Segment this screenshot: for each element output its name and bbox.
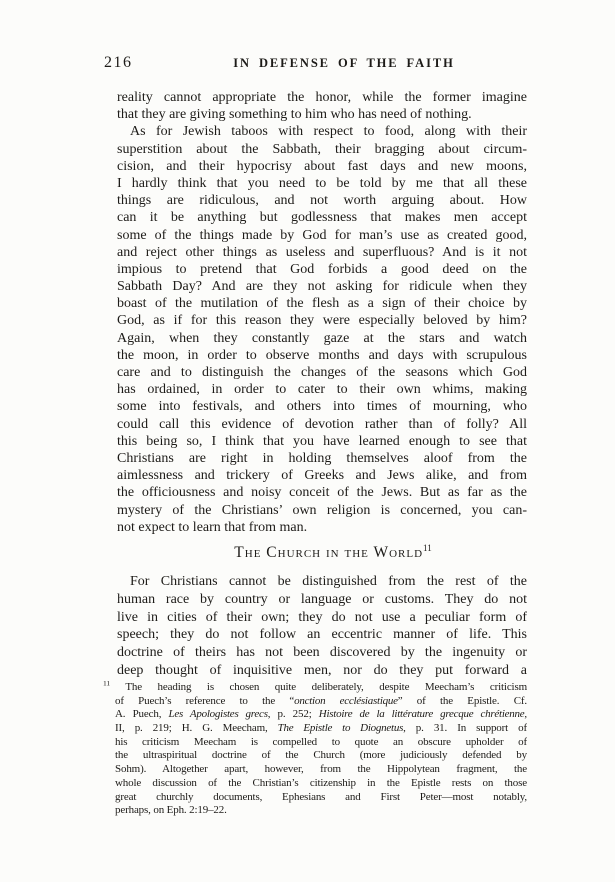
line-text: , p. 252;: [268, 708, 319, 720]
line-text: ” of the Epistle. Cf.: [398, 695, 527, 707]
text-line: I hardly think that you need to be told …: [117, 175, 527, 192]
text-line: doctrine of theirs has not been discover…: [117, 644, 527, 662]
line-text: superstition about the Sabbath, their br…: [117, 142, 527, 157]
line-text: whole discussion of the Christian’s citi…: [115, 777, 527, 789]
text-line: of Puech’s reference to the “onction ecc…: [103, 695, 527, 709]
text-line: has ordained, in order to cater to their…: [117, 381, 527, 398]
line-text: and reject other things as useless and s…: [117, 245, 527, 260]
line-text: care and to distinguish the changes of t…: [117, 365, 527, 380]
running-header: 216 IN DEFENSE OF THE FAITH: [117, 54, 527, 76]
line-text: boast of the mutilation of the flesh as …: [117, 296, 527, 311]
line-text: God, as if for this reason they were esp…: [117, 313, 527, 328]
line-text: great churchly documents, Ephesians and …: [115, 791, 527, 803]
line-text: mystery of the Christians’ own religion …: [117, 503, 527, 518]
line-text: could call this evidence of devotion rat…: [117, 417, 527, 432]
text-line: great churchly documents, Ephesians and …: [103, 791, 527, 805]
text-line: this being so, I think that you have lea…: [117, 433, 527, 450]
line-text: doctrine of theirs has not been discover…: [117, 645, 527, 660]
running-title: IN DEFENSE OF THE FAITH: [117, 56, 527, 71]
italic-citation: Histoire de la littérature grecque chrét…: [319, 708, 525, 720]
line-text: For Christians cannot be distinguished f…: [130, 574, 527, 589]
text-line: A. Puech, Les Apologistes grecs, p. 252;…: [103, 708, 527, 722]
text-line: not expect to learn that from man.: [117, 519, 527, 536]
italic-citation: onction ecclésiastique: [294, 695, 398, 707]
line-text: the moon, in order to observe months and…: [117, 348, 527, 363]
text-line: God, as if for this reason they were esp…: [117, 312, 527, 329]
text-line: 5For Christians cannot be distinguished …: [117, 573, 527, 591]
line-text: of Puech’s reference to the “: [115, 695, 294, 707]
line-text: has ordained, in order to cater to their…: [117, 382, 527, 397]
text-line: II, p. 219; H. G. Meecham, The Epistle t…: [103, 722, 527, 736]
section-heading-text: The Church in the World: [234, 544, 423, 561]
italic-citation: Les Apologistes grecs: [168, 708, 267, 720]
text-line: his criticism Meecham is compelled to qu…: [103, 736, 527, 750]
line-text: Christians are right in holding themselv…: [117, 451, 527, 466]
line-text: reality cannot appropriate the honor, wh…: [117, 90, 527, 105]
line-text: some of the things made by God for man’s…: [117, 228, 527, 243]
line-text: deep thought of inquisitive men, nor do …: [117, 663, 527, 678]
line-text: speech; they do not follow an eccentric …: [117, 627, 527, 642]
line-text: cision, and their hypocrisy about fast d…: [117, 159, 527, 174]
line-text: II, p. 219; H. G. Meecham,: [115, 722, 278, 734]
text-line: boast of the mutilation of the flesh as …: [117, 295, 527, 312]
text-line: the ultraspiritual doctrine of the Churc…: [103, 749, 527, 763]
text-line: Sohm). Altogether apart, however, from t…: [103, 763, 527, 777]
line-text: I hardly think that you need to be told …: [117, 176, 527, 191]
text-line: whole discussion of the Christian’s citi…: [103, 777, 527, 791]
text-line: mystery of the Christians’ own religion …: [117, 502, 527, 519]
text-line: 11 The heading is chosen quite deliberat…: [103, 681, 527, 695]
text-line: the officiousness and noisy conceit of t…: [117, 484, 527, 501]
line-text: not expect to learn that from man.: [117, 520, 307, 535]
section-heading-footnote-ref: 11: [423, 543, 432, 553]
line-text: As for Jewish taboos with respect to foo…: [130, 124, 527, 139]
text-line: the moon, in order to observe months and…: [117, 347, 527, 364]
line-text: that they are giving something to him wh…: [117, 107, 472, 122]
line-text: Sohm). Altogether apart, however, from t…: [115, 763, 527, 775]
text-line: 3speech; they do not follow an eccentric…: [117, 626, 527, 644]
text-line: 5Again, when they constantly gaze at the…: [117, 330, 527, 347]
text-line: 3and reject other things as useless and …: [117, 244, 527, 261]
text-line: cision, and their hypocrisy about fast d…: [117, 158, 527, 175]
line-text: Sabbath Day? And are they not asking for…: [117, 279, 527, 294]
book-page: 216 IN DEFENSE OF THE FAITH reality cann…: [0, 0, 615, 882]
line-text: aimlessness and trickery of Greeks and J…: [117, 468, 527, 483]
line-text: perhaps, on Eph. 2:19–22.: [115, 804, 227, 816]
line-text: A. Puech,: [115, 708, 168, 720]
text-line: 2things are ridiculous, and not worth ar…: [117, 192, 527, 209]
line-text: The heading is chosen quite deliberately…: [110, 681, 527, 693]
italic-citation: The Epistle to Diognetus: [278, 722, 403, 734]
footnote-block: 11 The heading is chosen quite deliberat…: [103, 681, 527, 818]
text-line: 4Sabbath Day? And are they not asking fo…: [117, 278, 527, 295]
text-line: deep thought of inquisitive men, nor do …: [117, 662, 527, 680]
main-text-block: reality cannot appropriate the honor, wh…: [117, 89, 527, 536]
text-line: 6could call this evidence of devotion ra…: [117, 416, 527, 433]
text-line: some of the things made by God for man’s…: [117, 227, 527, 244]
line-text: impious to pretend that God forbids a go…: [117, 262, 527, 277]
line-text: live in cities of their own; they do not…: [117, 610, 527, 625]
text-line: can it be anything but godlessness that …: [117, 209, 527, 226]
text-line: 2human race by country or language or cu…: [117, 591, 527, 609]
line-text: the ultraspiritual doctrine of the Churc…: [115, 749, 527, 761]
text-line: care and to distinguish the changes of t…: [117, 364, 527, 381]
line-text: his criticism Meecham is compelled to qu…: [115, 736, 527, 748]
text-line: that they are giving something to him wh…: [117, 106, 527, 123]
line-text: some into festivals, and others into tim…: [117, 399, 527, 414]
line-text: ,: [524, 708, 527, 720]
text-line: aimlessness and trickery of Greeks and J…: [117, 467, 527, 484]
section-heading: The Church in the World11: [117, 543, 527, 562]
text-line: 4As for Jewish taboos with respect to fo…: [117, 123, 527, 140]
text-line: Christians are right in holding themselv…: [117, 450, 527, 467]
text-line: perhaps, on Eph. 2:19–22.: [103, 804, 527, 818]
text-line: live in cities of their own; they do not…: [117, 609, 527, 627]
line-text: can it be anything but godlessness that …: [117, 210, 527, 225]
text-line: impious to pretend that God forbids a go…: [117, 261, 527, 278]
line-text: the officiousness and noisy conceit of t…: [117, 485, 527, 500]
text-line: superstition about the Sabbath, their br…: [117, 141, 527, 158]
line-text: Again, when they constantly gaze at the …: [117, 331, 527, 346]
line-text: things are ridiculous, and not worth arg…: [117, 193, 527, 208]
line-text: this being so, I think that you have lea…: [117, 434, 527, 449]
section-text-block: 5For Christians cannot be distinguished …: [117, 573, 527, 680]
footnote-marker: 11: [103, 681, 110, 687]
text-line: some into festivals, and others into tim…: [117, 398, 527, 415]
text-line: reality cannot appropriate the honor, wh…: [117, 89, 527, 106]
line-text: , p. 31. In support of: [403, 722, 527, 734]
line-text: human race by country or language or cus…: [117, 592, 527, 607]
